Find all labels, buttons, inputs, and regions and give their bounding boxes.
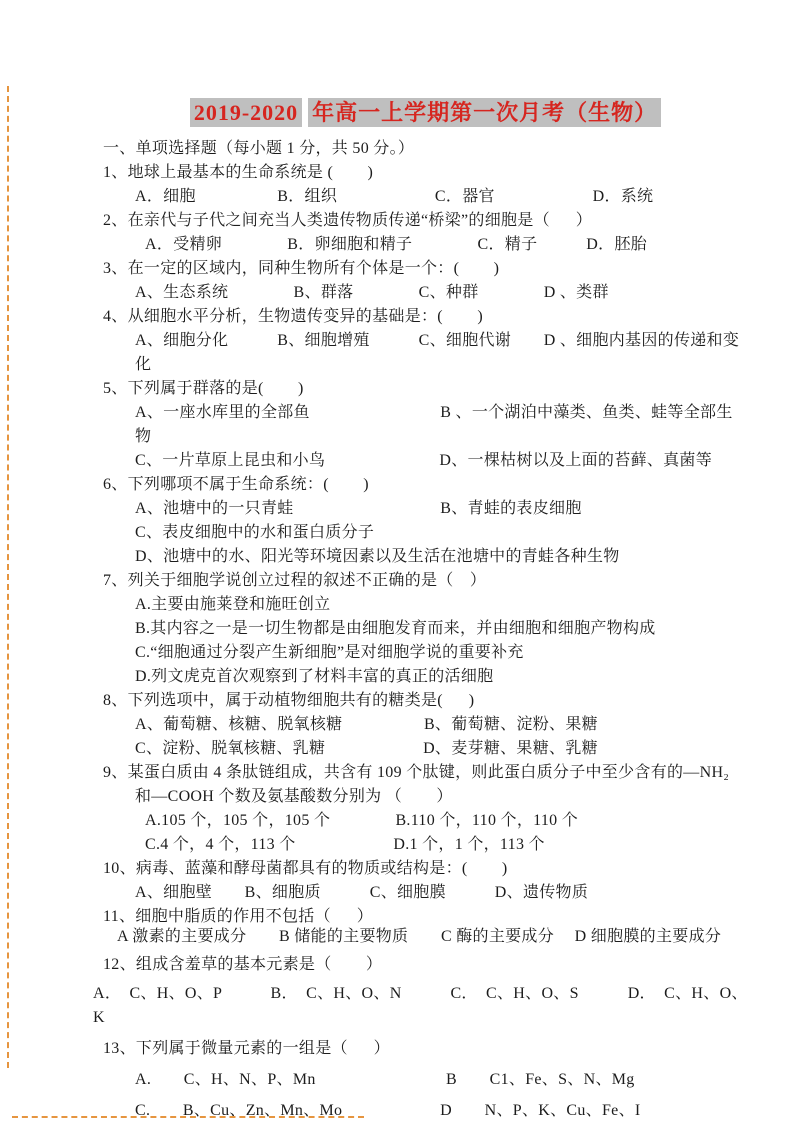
exam-line-2: 1、地球上最基本的生命系统是 ( ) [103,161,748,185]
exam-line-18: A.主要由施莱登和施旺创立 [135,593,748,617]
exam-line-8: 4、从细胞水平分析，生物遗传变异的基础是：( ) [103,305,748,329]
exam-line-9: A、细胞分化 B、细胞增殖 C、细胞代谢 D 、细胞内基因的传递和变化 [135,329,748,377]
title-year: 2019-2020 [190,98,302,127]
exam-line-15: C、表皮细胞中的水和蛋白质分子 [135,521,748,545]
exam-line-6: 3、在一定的区域内，同种生物所有个体是一个：( ) [103,257,748,281]
exam-line-36: A. C、H、N、P、Mn B C1、Fe、S、N、Mg [135,1068,748,1092]
exam-document: 2019-2020年高一上学期第一次月考（生物） 一、单项选择题（每小题 1 分… [0,0,800,1132]
exam-line-19: B.其内容之一是一切生物都是由细胞发育而来，并由细胞和细胞产物构成 [135,617,748,641]
exam-line-7: A、生态系统 B、群落 C、种群 D 、类群 [135,281,748,305]
exam-line-21: D.列文虎克首次观察到了材料丰富的真正的活细胞 [135,665,748,689]
exam-line-25: 9、某蛋白质由 4 条肽链组成，共含有 109 个肽键，则此蛋白质分子中至少含有… [103,761,748,785]
exam-line-26: 和—COOH 个数及氨基酸数分别为 （ ） [135,785,748,809]
exam-line-12: C、一片草原上昆虫和小鸟 D、一棵枯树以及上面的苔藓、真菌等 [135,449,748,473]
exam-line-11: A、一座水库里的全部鱼 B 、一个湖泊中藻类、鱼类、蛙等全部生物 [135,401,748,449]
exam-line-22: 8、下列选项中，属于动植物细胞共有的糖类是( ) [103,689,748,713]
exam-line-34: A． C、H、O、P B． C、H、O、N C． C、H、O、S D． C、H、… [93,982,748,1030]
exam-line-16: D、池塘中的水、阳光等环境因素以及生活在池塘中的青蛙各种生物 [135,545,748,569]
exam-line-29: 10、病毒、蓝藻和酵母菌都具有的物质或结构是：( ) [103,857,748,881]
exam-line-4: 2、在亲代与子代之间充当人类遗传物质传递“桥梁”的细胞是（ ） [103,209,748,233]
exam-line-3: A．细胞 B．组织 C．器官 D．系统 [135,185,748,209]
exam-line-23: A、葡萄糖、核糖、脱氧核糖 B、葡萄糖、淀粉、果糖 [135,713,748,737]
exam-line-24: C、淀粉、脱氧核糖、乳糖 D、麦芽糖、果糖、乳糖 [135,737,748,761]
exam-line-1: 一、单项选择题（每小题 1 分，共 50 分。） [103,137,748,161]
exam-line-27: A.105 个，105 个，105 个 B.110 个，110 个，110 个 [145,809,748,833]
exam-line-30: A、细胞壁 B、细胞质 C、细胞膜 D、遗传物质 [135,881,748,905]
exam-line-32: A 激素的主要成分 B 储能的主要物质 C 酶的主要成分 D 细胞膜的主要成分 [117,925,748,949]
exam-line-14: A、池塘中的一只青蛙 B、青蛙的表皮细胞 [135,497,748,521]
exam-line-33: 12、组成含羞草的基本元素是（ ） [103,953,748,977]
exam-line-37: C. B、Cu、Zn、Mn、Mo D N、P、K、Cu、Fe、I [135,1099,748,1123]
exam-line-13: 6、下列哪项不属于生命系统：( ) [103,473,748,497]
exam-line-10: 5、下列属于群落的是( ) [103,377,748,401]
left-dashed-border [7,86,9,1068]
exam-line-17: 7、列关于细胞学说创立过程的叙述不正确的是（ ） [103,569,748,593]
exam-line-35: 13、下列属于微量元素的一组是（ ） [103,1037,748,1061]
title-subject: 年高一上学期第一次月考（生物） [308,98,661,127]
question-list: 一、单项选择题（每小题 1 分，共 50 分。）1、地球上最基本的生命系统是 (… [103,137,748,1123]
exam-line-5: A．受精卵 B．卵细胞和精子 C．精子 D．胚胎 [145,233,748,257]
bottom-dashed-border [12,1116,364,1118]
exam-line-28: C.4 个，4 个，113 个 D.1 个，1 个，113 个 [145,833,748,857]
page-title: 2019-2020年高一上学期第一次月考（生物） [103,96,748,127]
exam-line-20: C.“细胞通过分裂产生新细胞”是对细胞学说的重要补充 [135,641,748,665]
